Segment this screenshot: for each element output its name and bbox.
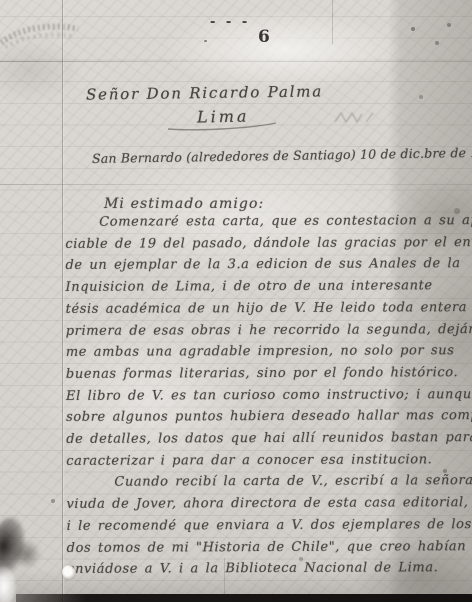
bleedthrough-scribble [334,110,376,126]
letter-line: ciable de 19 del pasado, dándole las gra… [65,232,463,255]
letter-line: me ambas una agradable impresion, no sol… [66,340,464,363]
scan-edge-bar [16,594,472,602]
letter-line: i le recomendé que enviara a V. dos ejem… [67,514,465,537]
recipient-line: Señor Don Ricardo Palma [86,82,323,103]
salutation: Mi estimado amigo: [104,196,264,212]
letter-body: Comenzaré esta carta, que es contestacio… [65,210,465,581]
embossed-stamp-icon [0,8,83,49]
header-dashes: - - - [210,15,250,30]
dateline: San Bernardo (alrededores de Santiago) 1… [92,145,472,166]
crease-line-top [332,0,333,44]
horizontal-crease-upper [0,61,472,62]
letter-line: buenas formas literarias, sino por el fo… [66,362,464,385]
page-number: 6 [258,27,270,47]
letter-line: viuda de Jover, ahora directora de esta … [66,492,464,515]
paper-tear-spot [0,566,16,602]
scanned-letter-page: - - - 6 Señor Don Ricardo Palma Lima San… [0,0,472,602]
letter-line: El libro de V. es tan curioso como instr… [66,384,464,407]
letter-line: tésis académica de un hijo de V. He leid… [66,297,464,320]
underline-flourish [166,121,278,131]
letter-line: primera de esas obras i he recorrido la … [66,319,464,342]
paragraph-1: Comenzaré esta carta, que es contestacio… [65,210,464,472]
letter-line: enviádose a V. i a la Biblioteca Naciona… [67,557,465,580]
letter-line: de detalles, los datos que hai allí reun… [66,427,464,450]
dust-specks [0,0,2,2]
letter-line: de un ejemplar de la 3.a edicion de sus … [65,254,463,277]
vertical-fold-line [62,0,63,602]
letter-line: Cuando recibí la carta de V., escribí a … [66,471,464,494]
paragraph-2: Cuando recibí la carta de V., escribí a … [66,471,464,581]
letter-line: Comenzaré esta carta, que es contestacio… [65,210,463,233]
letter-line: Inquisicion de Lima, i de otro de una in… [65,275,463,298]
ink-dot [204,40,207,42]
letter-line: dos tomos de mi "Historia de Chile", que… [67,536,465,559]
letter-line: caracterizar i para dar a conocer esa in… [66,449,464,472]
paper-spot [62,565,75,579]
horizontal-crease-lower [0,184,472,185]
letter-line: sobre algunos puntos hubiera deseado hal… [66,405,464,428]
ink-stain-small [12,538,40,570]
